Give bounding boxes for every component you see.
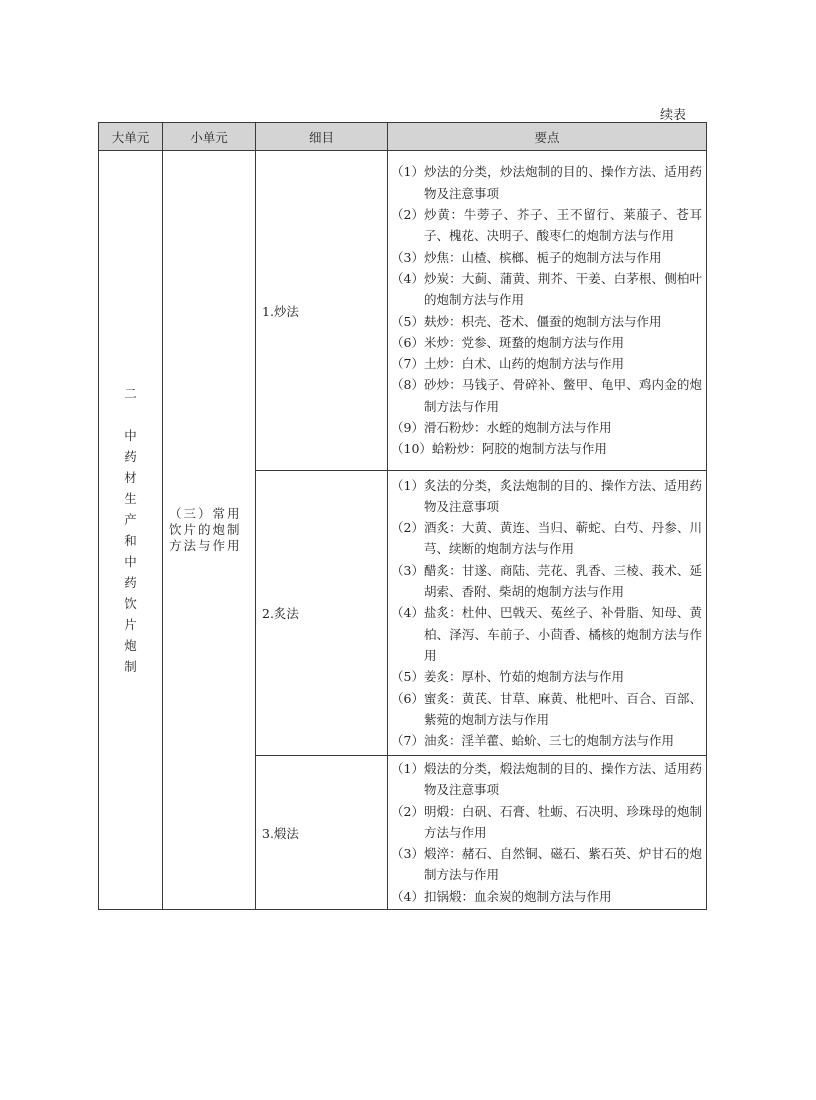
- key-point-item: （1）炒法的分类，炒法炮制的目的、操作方法、适用药物及注意事项: [391, 161, 702, 204]
- key-point-text: 麸炒：枳壳、苍术、僵蚕的炮制方法与作用: [424, 311, 702, 332]
- key-points-cell: （1）炒法的分类，炒法炮制的目的、操作方法、适用药物及注意事项（2）炒黄：牛蒡子…: [388, 151, 707, 471]
- key-point-text: 土炒：白术、山药的炮制方法与作用: [424, 353, 702, 374]
- key-point-item: （8）砂炒：马钱子、骨碎补、鳖甲、龟甲、鸡内金的炮制方法与作用: [391, 374, 702, 417]
- key-point-item: （2）明煅：白矾、石膏、牡蛎、石决明、珍珠母的炮制方法与作用: [391, 801, 702, 844]
- key-point-item: （4）盐炙：杜仲、巴戟天、菟丝子、补骨脂、知母、黄柏、泽泻、车前子、小茴香、橘核…: [391, 602, 702, 666]
- header-minor-unit: 小单元: [163, 123, 256, 151]
- key-point-item: （7）土炒：白术、山药的炮制方法与作用: [391, 353, 702, 374]
- detail-cell: 2.炙法: [256, 471, 388, 756]
- key-point-text: 米炒：党参、斑蝥的炮制方法与作用: [424, 332, 702, 353]
- key-point-text: 蜜炙：黄芪、甘草、麻黄、枇杷叶、百合、百部、紫菀的炮制方法与作用: [424, 688, 702, 731]
- key-point-item: （7）油炙：淫羊藿、蛤蚧、三七的炮制方法与作用: [391, 730, 702, 751]
- header-major-unit: 大单元: [99, 123, 163, 151]
- key-point-index: （5）: [391, 666, 424, 687]
- key-point-text: 盐炙：杜仲、巴戟天、菟丝子、补骨脂、知母、黄柏、泽泻、车前子、小茴香、橘核的炮制…: [424, 602, 702, 666]
- key-point-text: 蛤粉炒：阿胶的炮制方法与作用: [432, 438, 702, 459]
- header-key-points: 要点: [388, 123, 707, 151]
- major-unit-vertical-text: 二中药材生产和中药饮片炮制: [124, 383, 138, 677]
- major-unit-title: 中药材生产和中药饮片炮制: [124, 428, 137, 674]
- key-point-item: （2）酒炙：大黄、黄连、当归、蕲蛇、白芍、丹参、川芎、续断的炮制方法与作用: [391, 517, 702, 560]
- key-point-text: 油炙：淫羊藿、蛤蚧、三七的炮制方法与作用: [424, 730, 702, 751]
- key-point-text: 炒黄：牛蒡子、芥子、王不留行、莱菔子、苍耳子、槐花、决明子、酸枣仁的炮制方法与作…: [424, 204, 702, 247]
- key-point-index: （1）: [391, 475, 424, 518]
- key-point-index: （7）: [391, 353, 424, 374]
- key-point-item: （3）醋炙：甘遂、商陆、芫花、乳香、三棱、莪术、延胡索、香附、柴胡的炮制方法与作…: [391, 560, 702, 603]
- key-point-index: （8）: [391, 374, 424, 417]
- key-point-index: （6）: [391, 332, 424, 353]
- key-point-index: （4）: [391, 268, 424, 311]
- key-point-index: （9）: [391, 417, 424, 438]
- key-point-item: （1）煅法的分类，煅法炮制的目的、操作方法、适用药物及注意事项: [391, 758, 702, 801]
- header-detail: 细目: [256, 123, 388, 151]
- minor-unit-cell: （三）常用饮片的炮制方法与作用: [163, 151, 256, 910]
- key-point-item: （5）姜炙：厚朴、竹茹的炮制方法与作用: [391, 666, 702, 687]
- key-point-text: 姜炙：厚朴、竹茹的炮制方法与作用: [424, 666, 702, 687]
- key-point-item: （5）麸炒：枳壳、苍术、僵蚕的炮制方法与作用: [391, 311, 702, 332]
- key-point-text: 滑石粉炒：水蛭的炮制方法与作用: [424, 417, 702, 438]
- key-point-text: 煅法的分类，煅法炮制的目的、操作方法、适用药物及注意事项: [424, 758, 702, 801]
- detail-cell: 3.煅法: [256, 756, 388, 910]
- key-point-index: （5）: [391, 311, 424, 332]
- key-point-text: 炒焦：山楂、槟榔、栀子的炮制方法与作用: [424, 247, 702, 268]
- key-point-item: （2）炒黄：牛蒡子、芥子、王不留行、莱菔子、苍耳子、槐花、决明子、酸枣仁的炮制方…: [391, 204, 702, 247]
- key-point-item: （6）米炒：党参、斑蝥的炮制方法与作用: [391, 332, 702, 353]
- key-point-index: （3）: [391, 843, 424, 886]
- key-point-index: （4）: [391, 602, 424, 666]
- detail-cell: 1.炒法: [256, 151, 388, 471]
- key-point-index: （10）: [391, 438, 432, 459]
- key-point-index: （3）: [391, 560, 424, 603]
- key-point-index: （3）: [391, 247, 424, 268]
- key-point-index: （7）: [391, 730, 424, 751]
- major-unit-number: 二: [124, 383, 138, 404]
- continuation-label: 续表: [660, 104, 686, 123]
- key-point-text: 砂炒：马钱子、骨碎补、鳖甲、龟甲、鸡内金的炮制方法与作用: [424, 374, 702, 417]
- key-point-text: 炙法的分类，炙法炮制的目的、操作方法、适用药物及注意事项: [424, 475, 702, 518]
- key-point-index: （2）: [391, 517, 424, 560]
- key-point-text: 扣锅煅：血余炭的炮制方法与作用: [424, 886, 702, 907]
- key-point-text: 炒炭：大蓟、蒲黄、荆芥、干姜、白茅根、侧柏叶的炮制方法与作用: [424, 268, 702, 311]
- key-point-text: 炒法的分类，炒法炮制的目的、操作方法、适用药物及注意事项: [424, 161, 702, 204]
- syllabus-table: 大单元 小单元 细目 要点 二中药材生产和中药饮片炮制（三）常用饮片的炮制方法与…: [98, 122, 707, 910]
- table-row: 二中药材生产和中药饮片炮制（三）常用饮片的炮制方法与作用1.炒法（1）炒法的分类…: [99, 151, 707, 471]
- key-points-cell: （1）煅法的分类，煅法炮制的目的、操作方法、适用药物及注意事项（2）明煅：白矾、…: [388, 756, 707, 910]
- key-point-index: （4）: [391, 886, 424, 907]
- key-point-text: 醋炙：甘遂、商陆、芫花、乳香、三棱、莪术、延胡索、香附、柴胡的炮制方法与作用: [424, 560, 702, 603]
- key-point-item: （9）滑石粉炒：水蛭的炮制方法与作用: [391, 417, 702, 438]
- key-point-item: （3）炒焦：山楂、槟榔、栀子的炮制方法与作用: [391, 247, 702, 268]
- key-point-item: （6）蜜炙：黄芪、甘草、麻黄、枇杷叶、百合、百部、紫菀的炮制方法与作用: [391, 688, 702, 731]
- key-points-cell: （1）炙法的分类，炙法炮制的目的、操作方法、适用药物及注意事项（2）酒炙：大黄、…: [388, 471, 707, 756]
- key-point-index: （1）: [391, 161, 424, 204]
- key-point-item: （1）炙法的分类，炙法炮制的目的、操作方法、适用药物及注意事项: [391, 475, 702, 518]
- table-header-row: 大单元 小单元 细目 要点: [99, 123, 707, 151]
- key-point-item: （3）煅淬：赭石、自然铜、磁石、紫石英、炉甘石的炮制方法与作用: [391, 843, 702, 886]
- key-point-index: （6）: [391, 688, 424, 731]
- key-point-index: （2）: [391, 204, 424, 247]
- major-unit-cell: 二中药材生产和中药饮片炮制: [99, 151, 163, 910]
- key-point-item: （10）蛤粉炒：阿胶的炮制方法与作用: [391, 438, 702, 459]
- key-point-item: （4）扣锅煅：血余炭的炮制方法与作用: [391, 886, 702, 907]
- key-point-text: 酒炙：大黄、黄连、当归、蕲蛇、白芍、丹参、川芎、续断的炮制方法与作用: [424, 517, 702, 560]
- key-point-index: （2）: [391, 801, 424, 844]
- key-point-index: （1）: [391, 758, 424, 801]
- key-point-item: （4）炒炭：大蓟、蒲黄、荆芥、干姜、白茅根、侧柏叶的炮制方法与作用: [391, 268, 702, 311]
- key-point-text: 明煅：白矾、石膏、牡蛎、石决明、珍珠母的炮制方法与作用: [424, 801, 702, 844]
- key-point-text: 煅淬：赭石、自然铜、磁石、紫石英、炉甘石的炮制方法与作用: [424, 843, 702, 886]
